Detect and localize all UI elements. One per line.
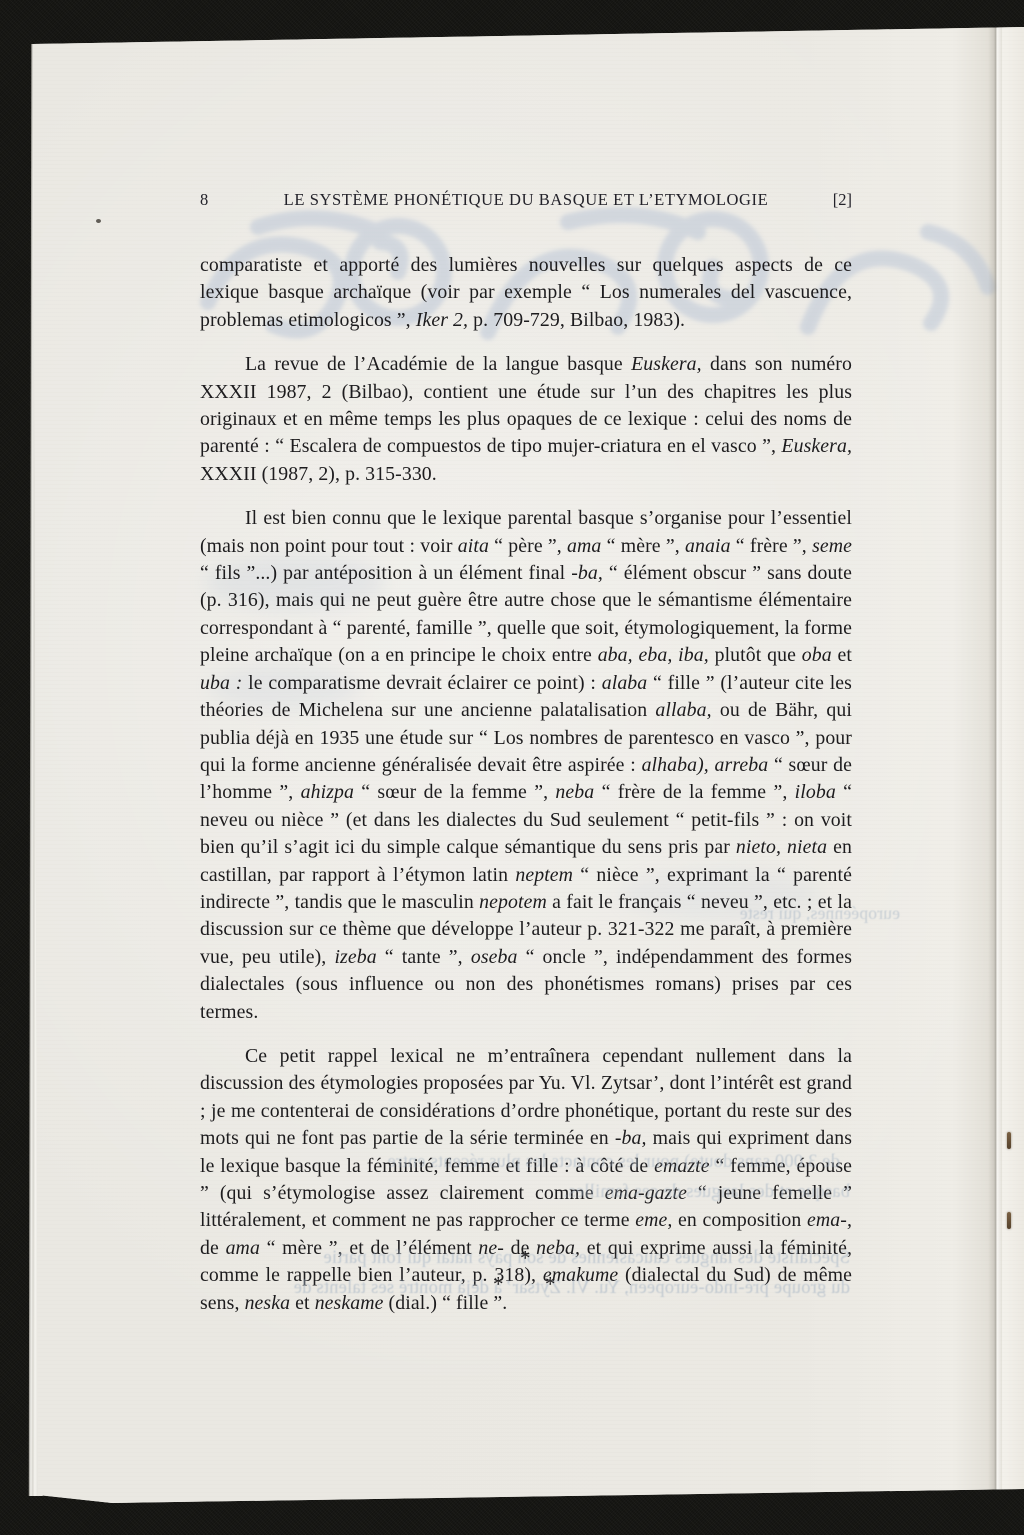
italic-term: anaia — [685, 535, 731, 557]
text-run: “ sœur de la femme ”, — [354, 781, 555, 803]
text-run: “ frère ”, — [731, 535, 812, 557]
italic-term: alhaba), arreba — [642, 754, 769, 776]
italic-term: aita — [458, 535, 489, 557]
italic-term: oseba — [471, 946, 518, 968]
text-run: La revue de l’Académie de la langue basq… — [245, 353, 631, 375]
staple-mark — [1007, 1212, 1011, 1229]
paper-speck — [96, 219, 101, 223]
italic-term: neba — [555, 781, 594, 803]
showthrough-text: européennes, qui reste — [700, 903, 900, 924]
asterisk-separator: * — [520, 1246, 531, 1271]
showthrough-text: de 3.000 sans doute) pour les contacts l… — [325, 1152, 840, 1173]
italic-term: -ba, — [571, 562, 603, 584]
italic-term: ahizpa — [301, 781, 354, 803]
text-run: “ frère de la femme ”, — [594, 781, 794, 803]
text-run: et — [832, 644, 852, 666]
italic-term: Iker 2, — [416, 309, 468, 331]
text-run: le comparatisme devrait éclairer ce poin… — [242, 672, 601, 694]
page-number: 8 — [200, 190, 260, 210]
italic-term: nieto, nieta — [736, 836, 827, 858]
italic-term: ema-, — [807, 1209, 852, 1231]
italic-term: neptem — [515, 864, 573, 886]
staple-mark — [1007, 1132, 1011, 1149]
italic-term: seme — [812, 535, 852, 557]
text-run: “ père ”, — [489, 535, 567, 557]
paragraph: comparatiste et apporté des lumières nou… — [200, 252, 852, 334]
italic-term: Euskera, — [781, 435, 852, 457]
italic-term: ama — [567, 535, 601, 557]
page-header: 8 LE SYSTÈME PHONÉTIQUE DU BASQUE ET L’E… — [200, 190, 852, 210]
text-run: plutôt que — [709, 644, 802, 666]
text-run: “ tante ”, — [377, 946, 471, 968]
showthrough-text: du groupe pré-indo-européen, Yu. Vl. Zyt… — [200, 1278, 850, 1299]
text-run: “ mère ”, — [601, 535, 685, 557]
gutter-crease — [988, 26, 1002, 1496]
text-run: en composition — [672, 1209, 807, 1231]
italic-term: aba, eba, iba, — [598, 644, 709, 666]
italic-term: uba : — [200, 672, 242, 694]
text-run: “ fils ”...) par antéposition à un éléme… — [200, 562, 571, 584]
scan-background: { "colors": { "background": "#131310", "… — [0, 0, 1024, 1535]
text-run: p. 709-729, Bilbao, 1983). — [468, 309, 685, 331]
italic-term: iloba — [795, 781, 836, 803]
asterisk-separator: * — [545, 1272, 556, 1297]
text-run: XXXII (1987, 2), p. 315-330. — [200, 463, 437, 485]
italic-term: -ba, — [615, 1127, 647, 1149]
asterisk-separator: * — [493, 1272, 504, 1297]
italic-term: izeba — [334, 946, 376, 968]
italic-term: allaba, — [655, 699, 711, 721]
running-title: LE SYSTÈME PHONÉTIQUE DU BASQUE ET L’ETY… — [260, 190, 792, 210]
italic-term: alaba — [602, 672, 648, 694]
paragraph: La revue de l’Académie de la langue basq… — [200, 351, 852, 488]
italic-term: nepotem — [479, 891, 547, 913]
issue-number: [2] — [792, 190, 852, 210]
showthrough-text: basque et des langues de ces familles. — [505, 1182, 850, 1203]
book-page: 8 LE SYSTÈME PHONÉTIQUE DU BASQUE ET L’E… — [0, 0, 1024, 1535]
paragraph: Ce petit rappel lexical ne m’entraînera … — [200, 1043, 852, 1317]
paragraph: Il est bien connu que le lexique parenta… — [200, 505, 852, 1026]
italic-term: Euskera, — [631, 353, 702, 375]
italic-term: oba — [802, 644, 832, 666]
italic-term: eme, — [635, 1209, 672, 1231]
